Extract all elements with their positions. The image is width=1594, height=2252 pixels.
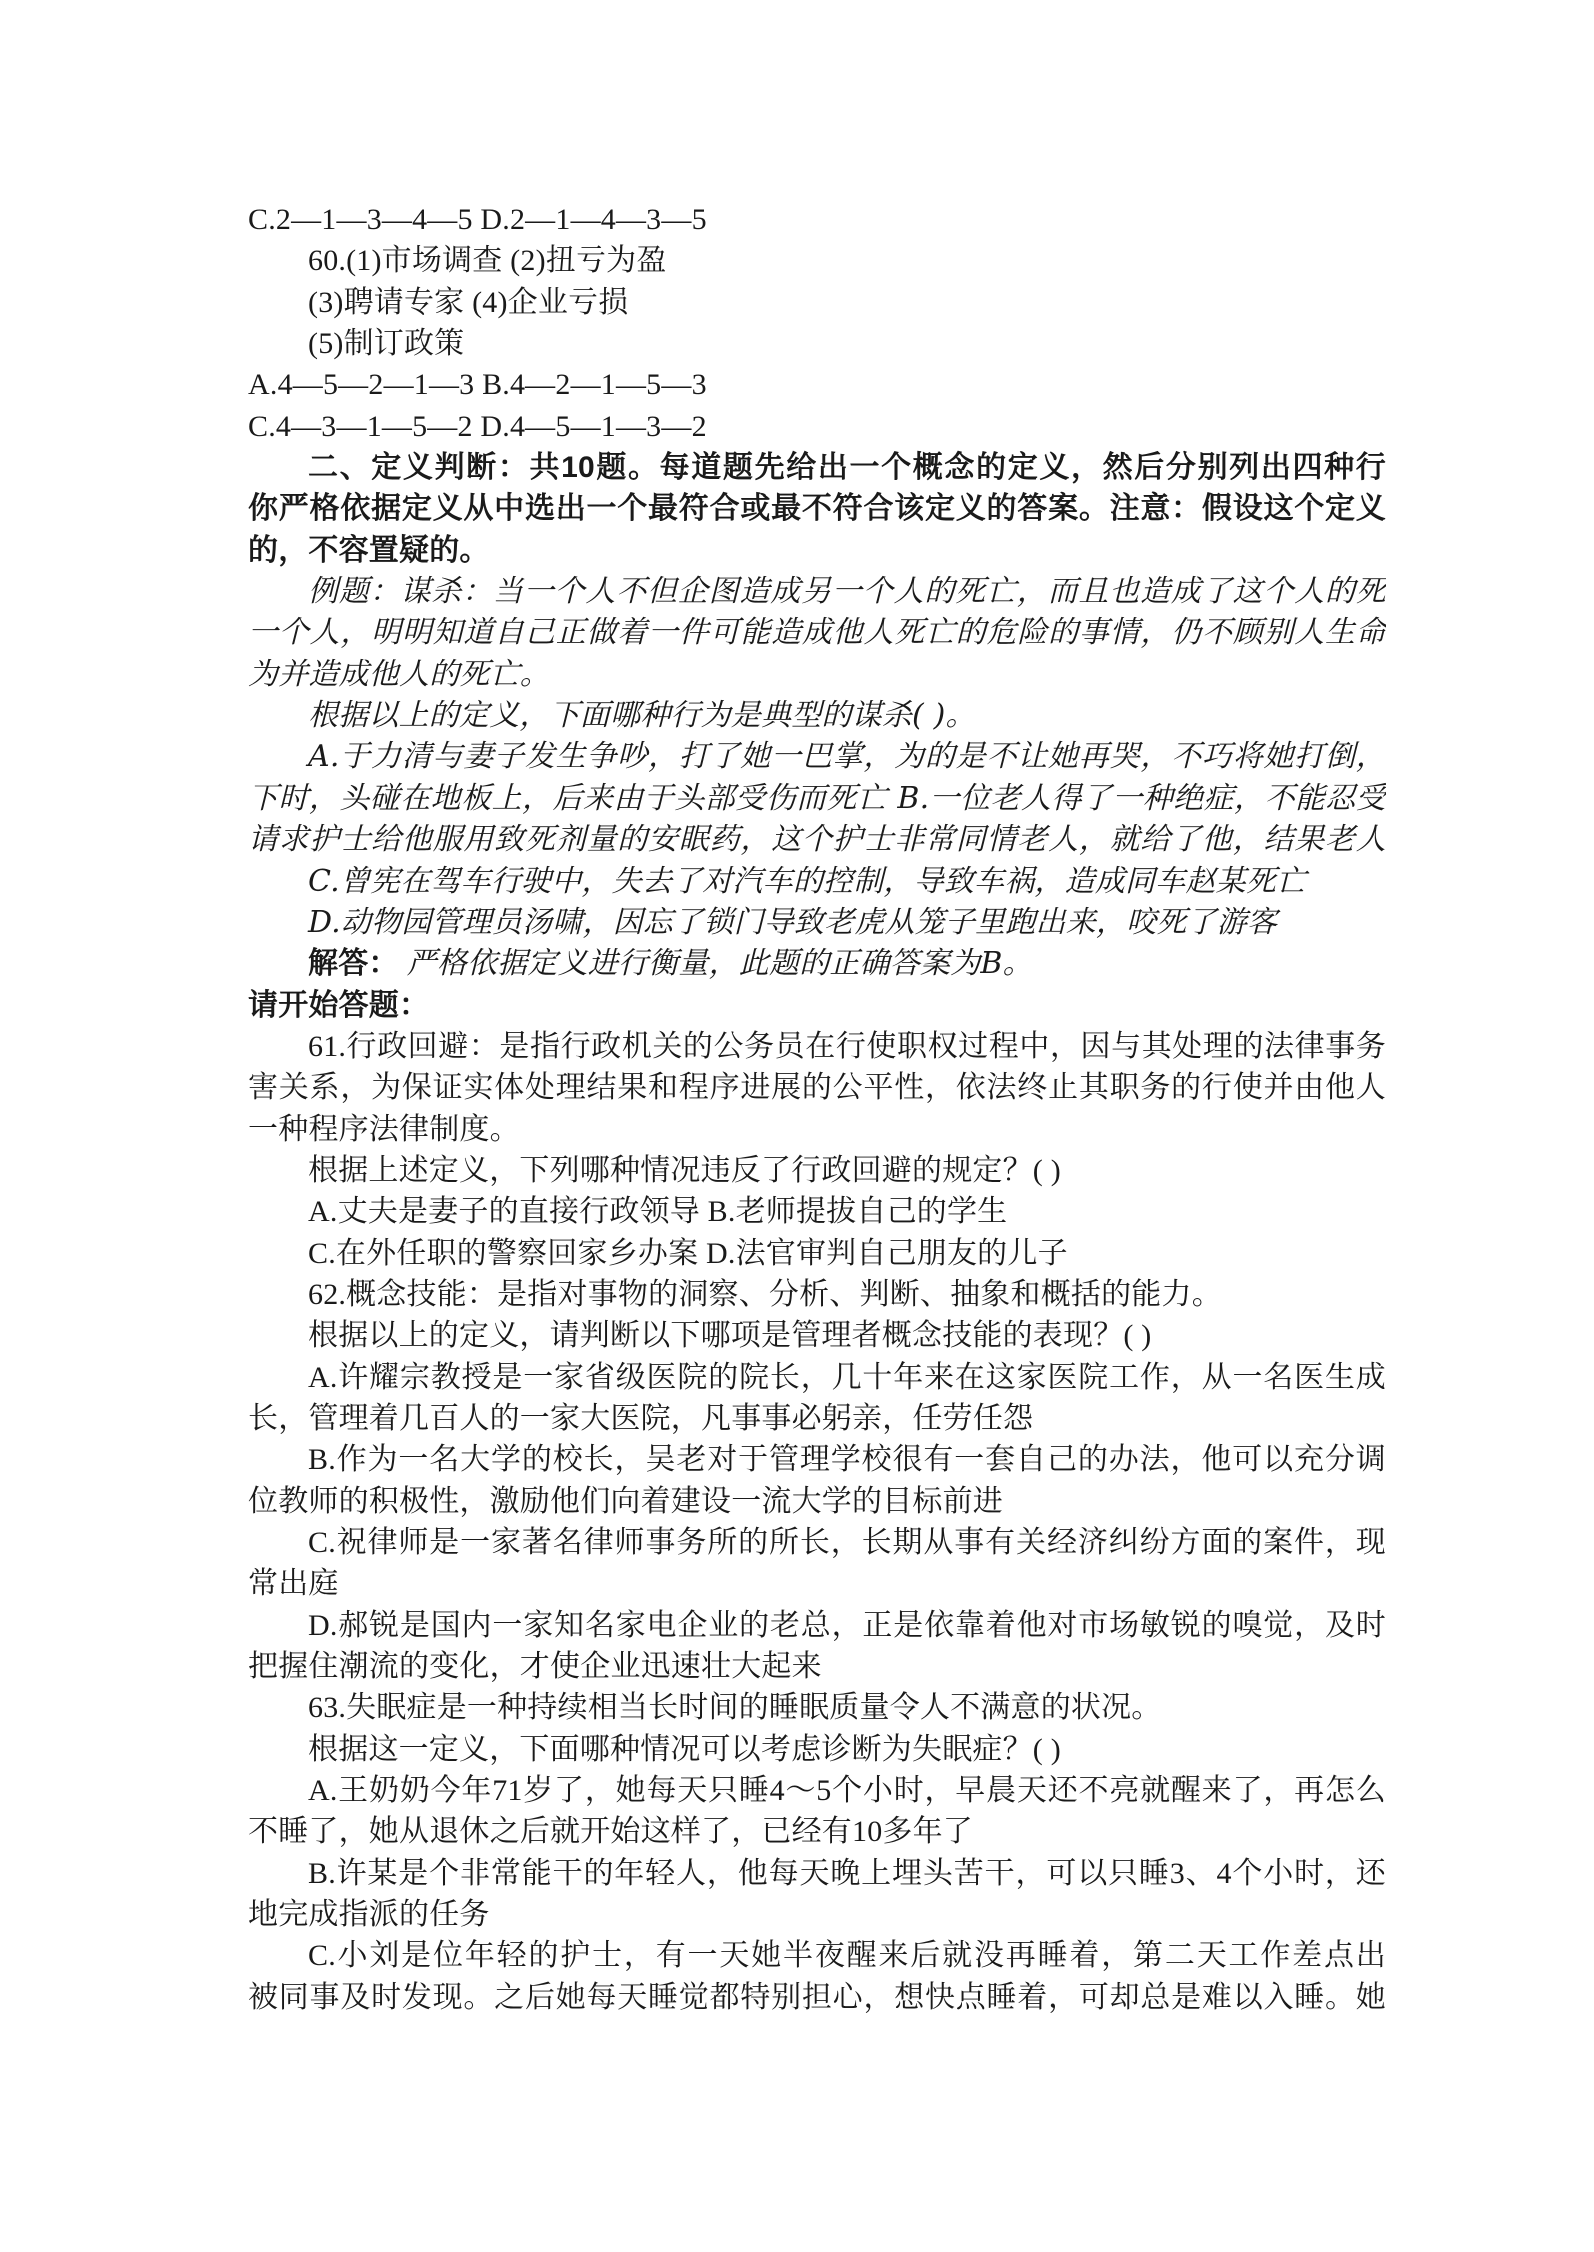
text-line: 根据以上的定义，下面哪种行为是典型的谋杀( )。 bbox=[248, 695, 1386, 736]
text-line: 位教师的积极性，激励他们向着建设一流大学的目标前进 bbox=[248, 1481, 1386, 1522]
text-line: 你严格依据定义从中选出一个最符合或最不符合该定义的答案。注意：假设这个定义是正确 bbox=[248, 488, 1386, 529]
text-line: A.王奶奶今年71岁了，她每天只睡4～5个小时，早晨天还不亮就醒来了，再怎么让她… bbox=[248, 1770, 1386, 1811]
text-line: (5)制订政策 bbox=[248, 323, 1386, 364]
text-line: B.作为一名大学的校长，吴老对于管理学校很有一套自己的办法，他可以充分调动每一 bbox=[248, 1439, 1386, 1480]
text-line: 长，管理着几百人的一家大医院，凡事事必躬亲，任劳任怨 bbox=[248, 1398, 1386, 1439]
text-line: A.于力清与妻子发生争吵，打了她一巴掌，为的是不让她再哭，不巧将她打倒，她在倒 bbox=[248, 736, 1386, 777]
text-line: C.祝律师是一家著名律师事务所的所长，长期从事有关经济纠纷方面的案件，现在还经 bbox=[248, 1522, 1386, 1563]
text-line: B.许某是个非常能干的年轻人，他每天晚上埋头苦干，可以只睡3、4个小时，还能出色 bbox=[248, 1853, 1386, 1894]
text-line: 60.(1)市场调查 (2)扭亏为盈 bbox=[248, 240, 1386, 281]
text-line: 为并造成他人的死亡。 bbox=[248, 654, 1386, 695]
text-line: D.动物园管理员汤啸，因忘了锁门导致老虎从笼子里跑出来，咬死了游客 bbox=[248, 902, 1386, 943]
text-line: 解答：严格依据定义进行衡量，此题的正确答案为B。 bbox=[248, 943, 1386, 984]
scanned-exam-page: { "page": { "colors": { "background": "#… bbox=[0, 0, 1594, 2252]
text-line: C.2—1—3—4—5 D.2—1—4—3—5 bbox=[248, 199, 1386, 240]
document-body: C.2—1—3—4—5 D.2—1—4—3—560.(1)市场调查 (2)扭亏为… bbox=[248, 199, 1386, 2018]
text-line: 地完成指派的任务 bbox=[248, 1894, 1386, 1935]
text-line: 一个人，明明知道自己正做着一件可能造成他人死亡的危险的事情，仍不顾别人生命继续行 bbox=[248, 612, 1386, 653]
text-line: 根据上述定义，下列哪种情况违反了行政回避的规定？( ) bbox=[248, 1150, 1386, 1191]
text-line: A.4—5—2—1—3 B.4—2—1—5—3 bbox=[248, 364, 1386, 405]
text-line: 不睡了，她从退休之后就开始这样了，已经有10多年了 bbox=[248, 1811, 1386, 1852]
text-line: 例题：谋杀：当一个人不但企图造成另一个人的死亡，而且也造成了这个人的死亡，或 bbox=[248, 571, 1386, 612]
text-line: 害关系，为保证实体处理结果和程序进展的公平性，依法终止其职务的行使并由他人代理的 bbox=[248, 1067, 1386, 1108]
text-line: 常出庭 bbox=[248, 1563, 1386, 1604]
text-line: 二、定义判断：共10题。每道题先给出一个概念的定义，然后分别列出四种行为，要求 bbox=[248, 447, 1386, 488]
text-line: C.4—3—1—5—2 D.4—5—1—3—2 bbox=[248, 406, 1386, 447]
text-line: 请求护士给他服用致死剂量的安眠药，这个护士非常同情老人，就给了他，结果老人死亡 bbox=[248, 819, 1386, 860]
text-line: 的，不容置疑的。 bbox=[248, 530, 1386, 571]
text-line: 请开始答题： bbox=[248, 985, 1386, 1026]
text-line: C.在外任职的警察回家乡办案 D.法官审判自己朋友的儿子 bbox=[248, 1233, 1386, 1274]
text-line: 61.行政回避：是指行政机关的公务员在行使职权过程中，因与其处理的法律事务有利 bbox=[248, 1026, 1386, 1067]
text-line: 被同事及时发现。之后她每天睡觉都特别担心，想快点睡着，可却总是难以入睡。她害怕再 bbox=[248, 1977, 1386, 2018]
text-line: 下时，头碰在地板上，后来由于头部受伤而死亡 B.一位老人得了一种绝症，不能忍受痛… bbox=[248, 778, 1386, 819]
text-segment: 严格依据定义进行衡量，此题的正确答案为B。 bbox=[407, 946, 1033, 981]
text-line: A.丈夫是妻子的直接行政领导 B.老师提拔自己的学生 bbox=[248, 1191, 1386, 1232]
text-segment: 解答： bbox=[308, 947, 399, 980]
text-line: 把握住潮流的变化，才使企业迅速壮大起来 bbox=[248, 1646, 1386, 1687]
text-line: 根据这一定义，下面哪种情况可以考虑诊断为失眠症？( ) bbox=[248, 1729, 1386, 1770]
text-line: C.小刘是位年轻的护士，有一天她半夜醒来后就没再睡着，第二天工作差点出错，幸好 bbox=[248, 1935, 1386, 1976]
text-line: 63.失眠症是一种持续相当长时间的睡眠质量令人不满意的状况。 bbox=[248, 1687, 1386, 1728]
text-line: 一种程序法律制度。 bbox=[248, 1109, 1386, 1150]
text-line: 根据以上的定义，请判断以下哪项是管理者概念技能的表现？( ) bbox=[248, 1315, 1386, 1356]
text-line: C.曾宪在驾车行驶中，失去了对汽车的控制，导致车祸，造成同车赵某死亡 bbox=[248, 861, 1386, 902]
text-line: 62.概念技能：是指对事物的洞察、分析、判断、抽象和概括的能力。 bbox=[248, 1274, 1386, 1315]
text-line: A.许耀宗教授是一家省级医院的院长，几十年来在这家医院工作，从一名医生成长为院 bbox=[248, 1357, 1386, 1398]
text-line: D.郝锐是国内一家知名家电企业的老总，正是依靠着他对市场敏锐的嗅觉，及时正确地 bbox=[248, 1605, 1386, 1646]
text-line: (3)聘请专家 (4)企业亏损 bbox=[248, 282, 1386, 323]
